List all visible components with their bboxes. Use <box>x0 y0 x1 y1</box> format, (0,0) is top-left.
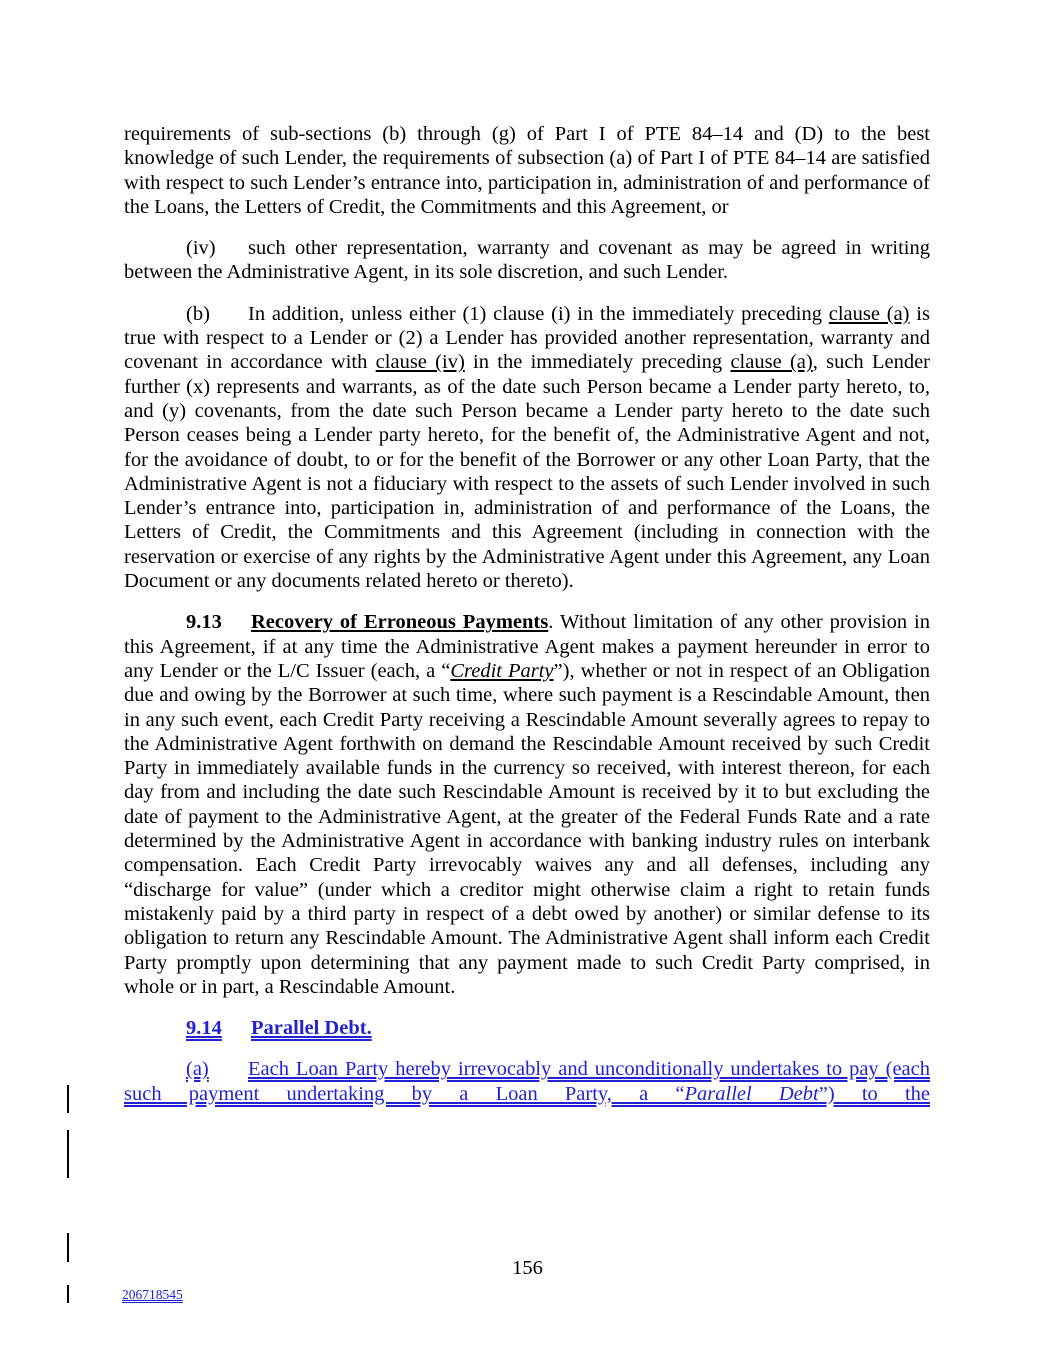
section-title: Recovery of Erroneous Payments <box>251 611 548 633</box>
change-bar <box>67 1130 69 1178</box>
section-number-text: 9.14 <box>186 1017 222 1039</box>
paragraph-clause-iv: (iv)such other representation, warranty … <box>124 236 930 285</box>
section-number: 9.14 <box>186 1016 251 1040</box>
section-number: 9.13 <box>186 610 251 634</box>
section-title: Parallel Debt. <box>251 1017 372 1039</box>
text-run: In addition, unless either (1) clause (i… <box>248 303 829 325</box>
defined-term: Parallel Debt <box>685 1083 819 1105</box>
document-page: requirements of sub-sections (b) through… <box>0 0 1055 1365</box>
clause-number: (iv) <box>186 236 248 260</box>
page-content: requirements of sub-sections (b) through… <box>124 122 930 1123</box>
cross-reference: clause (a) <box>829 303 910 325</box>
paragraph-clause-b: (b)In addition, unless either (1) clause… <box>124 302 930 594</box>
document-id-stamp: 206718545 <box>122 1283 183 1307</box>
defined-term: Credit Party <box>450 660 553 682</box>
clause-number: (b) <box>186 302 248 326</box>
change-bar <box>67 1285 69 1303</box>
text-run: ”), whether or not in respect of an Obli… <box>124 660 930 998</box>
text-run: , such Lender further (x) represents and… <box>124 351 930 592</box>
clause-number-text: (a) <box>186 1058 209 1080</box>
change-bar <box>67 1085 69 1113</box>
clause-number-text: (iv) <box>186 237 216 259</box>
section-9-14-heading: 9.14Parallel Debt. <box>124 1016 930 1040</box>
section-9-13: 9.13Recovery of Erroneous Payments. With… <box>124 610 930 999</box>
clause-number: (a) <box>186 1057 248 1081</box>
page-number: 156 <box>0 1256 1055 1280</box>
inserted-text-run: ”) to the <box>819 1083 930 1105</box>
text-run: in the immediately preceding <box>465 351 731 373</box>
paragraph-text: requirements of sub-sections (b) through… <box>124 123 930 218</box>
clause-number-text: (b) <box>186 303 210 325</box>
cross-reference: clause (a) <box>730 351 812 373</box>
paragraph-pte-requirements: requirements of sub-sections (b) through… <box>124 122 930 219</box>
paragraph-clause-a-inserted: (a)Each Loan Party hereby irrevocably an… <box>124 1057 930 1106</box>
section-number-text: 9.13 <box>186 611 222 633</box>
cross-reference: clause (iv) <box>376 351 465 373</box>
